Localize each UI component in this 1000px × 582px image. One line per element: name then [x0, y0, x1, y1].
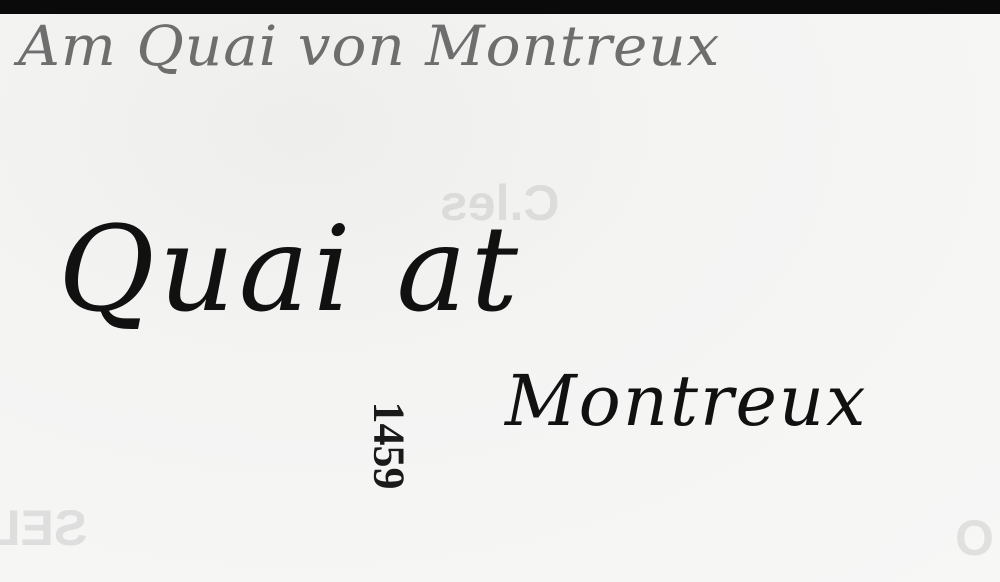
bleed-through-text: O [955, 509, 994, 567]
ink-caption-line-1: Quai at [58, 200, 522, 338]
bleed-through-text: SEL [0, 499, 87, 557]
pencil-caption: Am Quai von Montreux [18, 14, 720, 79]
stamp-number: 1459 [364, 402, 415, 490]
ink-caption-line-2: Montreux [505, 360, 867, 442]
